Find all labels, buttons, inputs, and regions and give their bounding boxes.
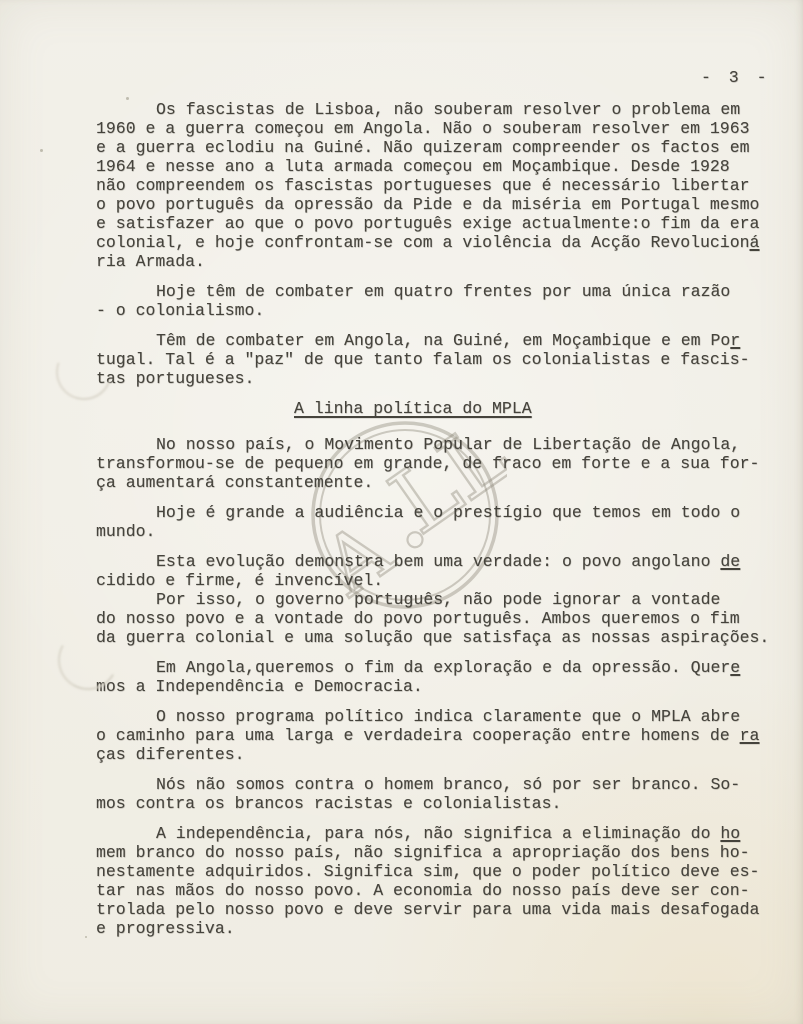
text-line: - o colonialismo. [96, 301, 774, 320]
text-line: trolada pelo nosso povo e deve servir pa… [96, 900, 774, 919]
text-line: e a guerra eclodiu na Guiné. Não quizera… [96, 138, 774, 157]
text-line: ria Armada. [96, 252, 774, 271]
text-line: A independência, para nós, não significa… [96, 824, 774, 843]
text-line: o povo português da opressão da Pide e d… [96, 195, 774, 214]
paper-speck [40, 149, 43, 152]
text-line: ça aumentará constantemente. [96, 473, 774, 492]
text-line: e satisfazer ao que o povo português exi… [96, 214, 774, 233]
text-line: mos contra os brancos racistas e colonia… [96, 794, 774, 813]
paragraph: No nosso país, o Movimento Popular de Li… [96, 435, 774, 492]
section-heading: A linha política do MPLA [294, 399, 774, 418]
page-number: - 3 - [701, 68, 771, 87]
text-line: No nosso país, o Movimento Popular de Li… [96, 435, 774, 454]
paragraph: O nosso programa político indica clarame… [96, 707, 774, 764]
text-line: Por isso, o governo português, não pode … [96, 590, 774, 609]
paragraph: Hoje é grande a audiência e o prestígio … [96, 503, 774, 541]
text-line: Têm de combater em Angola, na Guiné, em … [96, 331, 774, 350]
text-line: mundo. [96, 522, 774, 541]
text-line: Hoje têm de combater em quatro frentes p… [96, 282, 774, 301]
text-line: ças diferentes. [96, 745, 774, 764]
text-line: 1960 e a guerra começou em Angola. Não o… [96, 119, 774, 138]
paragraph: Têm de combater em Angola, na Guiné, em … [96, 331, 774, 388]
paragraph: Hoje têm de combater em quatro frentes p… [96, 282, 774, 320]
text-line: Nós não somos contra o homem branco, só … [96, 775, 774, 794]
scanned-page: - 3 - A LL Os fascistas de Lisboa, não s… [0, 0, 803, 1024]
text-line: o caminho para uma larga e verdadeira co… [96, 726, 774, 745]
text-line: 1964 e nesse ano a luta armada começou e… [96, 157, 774, 176]
text-line: Em Angola,queremos o fim da exploração e… [96, 658, 774, 677]
text-line: colonial, e hoje confrontam-se com a vio… [96, 233, 774, 252]
paragraph: Esta evolução demonstra bem uma verdade:… [96, 552, 774, 590]
document-body: Os fascistas de Lisboa, não souberam res… [96, 100, 774, 949]
text-line: tugal. Tal é a "paz" de que tanto falam … [96, 350, 774, 369]
paper-speck [85, 936, 87, 938]
text-line: do nosso povo e a vontade do povo portug… [96, 609, 774, 628]
text-line: cidido e firme, é invencível. [96, 571, 774, 590]
text-line: e progressiva. [96, 919, 774, 938]
text-line: mos a Independência e Democracia. [96, 677, 774, 696]
text-line: transformou-se de pequeno em grande, de … [96, 454, 774, 473]
text-line: não compreendem os fascistas portugueses… [96, 176, 774, 195]
paragraph: Por isso, o governo português, não pode … [96, 590, 774, 647]
text-line: nestamente adquiridos. Significa sim, qu… [96, 862, 774, 881]
text-line: mem branco do nosso país, não significa … [96, 843, 774, 862]
text-line: da guerra colonial e uma solução que sat… [96, 628, 774, 647]
text-line: Os fascistas de Lisboa, não souberam res… [96, 100, 774, 119]
paragraph: Os fascistas de Lisboa, não souberam res… [96, 100, 774, 271]
text-line: tas portugueses. [96, 369, 774, 388]
paragraph: Em Angola,queremos o fim da exploração e… [96, 658, 774, 696]
text-line: Esta evolução demonstra bem uma verdade:… [96, 552, 774, 571]
text-line: Hoje é grande a audiência e o prestígio … [96, 503, 774, 522]
paragraph: Nós não somos contra o homem branco, só … [96, 775, 774, 813]
paragraph: A independência, para nós, não significa… [96, 824, 774, 938]
text-line: tar nas mãos do nosso povo. A economia d… [96, 881, 774, 900]
text-line: O nosso programa político indica clarame… [96, 707, 774, 726]
paper-speck [126, 97, 129, 100]
